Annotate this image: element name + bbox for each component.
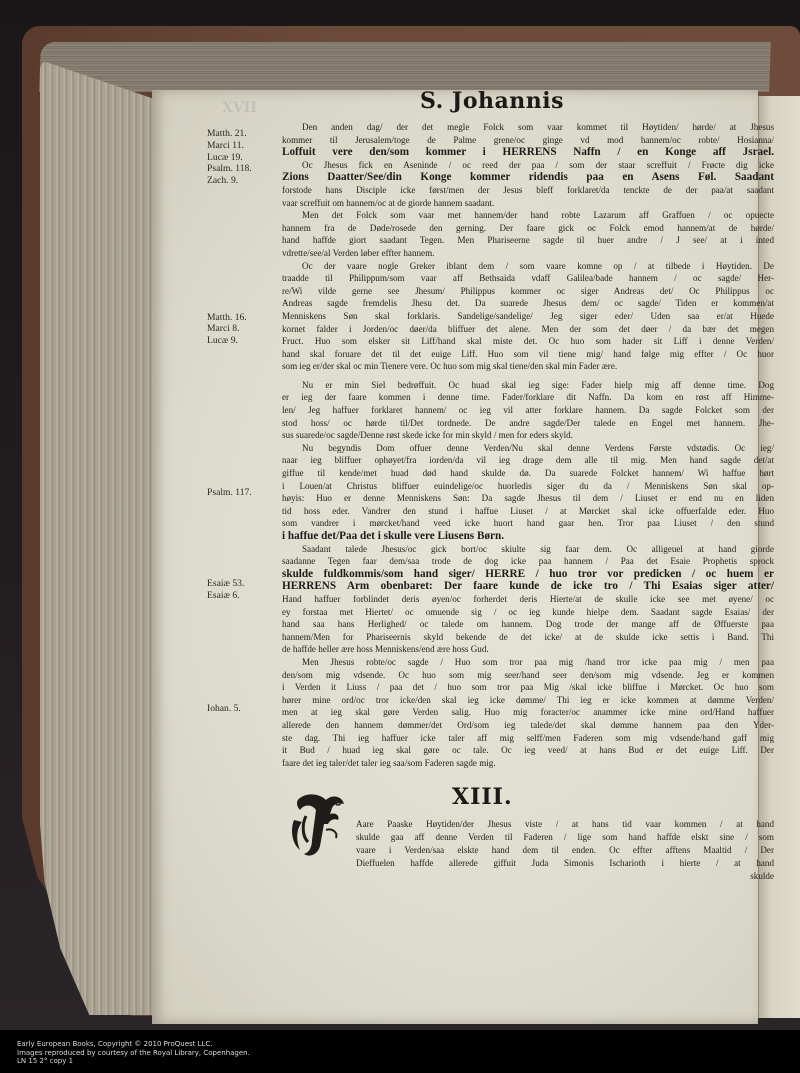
text-line: giffue til kende/met huad død hand skuld… [282, 467, 774, 480]
margin-note: Zach. 9. [207, 175, 238, 186]
text-line: hand saa hans Herlighed/ oc talede om ha… [282, 618, 774, 631]
chapter-line: skulde gaa aff denne Verden til Faderen … [356, 831, 774, 844]
text-line: sus suarede/oc sagde/Denne røst skede ic… [282, 429, 774, 442]
page-block-left-edge [40, 60, 152, 1015]
text-line: Loffuit vere den/som kommer i HERRENS Na… [282, 146, 774, 159]
credit-line: Images reproduced by courtesy of the Roy… [17, 1049, 250, 1058]
text-line: hannem fra de Døde/rosede den gerning. D… [282, 222, 774, 235]
text-line: Nu er min Siel bedrøffuit. Oc huad skal … [282, 379, 774, 392]
margin-note: Marci 11. [207, 140, 244, 151]
margin-note: Iohan. 5. [207, 703, 241, 714]
credit-line: LN 15 2° copy 1 [17, 1057, 250, 1066]
text-line: stod hoss/ oc hørde til/Det tordnede. De… [282, 417, 774, 430]
text-line: traadde til Philippum/som vaar aff Beths… [282, 272, 774, 285]
body-text: Den anden dag/ der det megle Folck som v… [282, 121, 774, 769]
text-line: Oc der vaare nogle Greker iblant dem / s… [282, 260, 774, 273]
text-line: vaar screffuit om hannem/oc at de giorde… [282, 197, 774, 210]
text-line: Oc Jhesus fick en Aseninde / oc reed der… [282, 159, 774, 172]
text-line: hand haffde giort saadant Tegen. Men Pha… [282, 234, 774, 247]
text-line: Den anden dag/ der det megle Folck som v… [282, 121, 774, 134]
text-line: Men det Folck som vaar met hannem/der ha… [282, 209, 774, 222]
margin-note: Marci 8. [207, 323, 240, 334]
text-line: tid hoss eder. Vandrer den stund i haffu… [282, 505, 774, 518]
text-line: it Bud / huad ieg skal gøre oc tale. Oc … [282, 744, 774, 757]
credits: Early European Books, Copyright © 2010 P… [17, 1040, 250, 1066]
text-line: de haffde heller ære hoss Menniskens/end… [282, 643, 774, 656]
text-line: Hand haffuer forblindet deris øyen/oc fo… [282, 593, 774, 606]
text-line: hører mine ord/oc tror icke/den skal ieg… [282, 694, 774, 707]
text-line: vdrette/see/al Verden løber effter hanne… [282, 247, 774, 260]
text-line: Men Jhesus robte/oc sagde / Huo som tror… [282, 656, 774, 669]
margin-note: Matth. 21. [207, 128, 247, 139]
credit-line: Early European Books, Copyright © 2010 P… [17, 1040, 250, 1049]
margin-note: Lucæ 19. [207, 152, 243, 163]
text-line: faare det ieg taler/det taler ieg saa/so… [282, 757, 774, 770]
chapter-text: Aare Paaske Høytiden/der Jhesus viste / … [356, 818, 774, 883]
text-line: Nu begyndis Dom offuer denne Verden/Nu s… [282, 442, 774, 455]
text-line: hand skal foruare det til det euige Liff… [282, 348, 774, 361]
text-line: hannem/Men for Phariseernis skyld bekend… [282, 631, 774, 644]
text-line: HERRENS Arm obenbaret: Der faare kunde d… [282, 580, 774, 593]
margin-note: Esaiæ 53. [207, 578, 244, 589]
text-line: som vandrer i mørcket/hand veed icke huo… [282, 517, 774, 530]
margin-note: Matth. 16. [207, 312, 247, 323]
text-line: er ieg der faare kommen i denne time. Fa… [282, 391, 774, 404]
text-line: høyis: Huo er denne Menniskens Søn: Da s… [282, 492, 774, 505]
text-line: Saadant talede Jhesus/oc gick bort/oc sk… [282, 543, 774, 556]
show-through-folio: XVII [222, 100, 257, 116]
chapter-number: XIII. [452, 784, 513, 810]
text-line: i Louen/at Christus bliffuer euindelige/… [282, 480, 774, 493]
margin-note: Lucæ 9. [207, 335, 238, 346]
text-line: i Verden it Liuss / paa det / huo som tr… [282, 681, 774, 694]
margin-note: Psalm. 117. [207, 487, 252, 498]
text-line: Zions Daatter/See/din Konge kommer riden… [282, 171, 774, 184]
text-line: Andreas sagde fremdelis Jhesu det. Da su… [282, 297, 774, 310]
text-line: ste dag. Thi ieg haffuer icke taler aff … [282, 732, 774, 745]
decorated-initial-icon [286, 790, 348, 860]
text-line: i haffue det/Paa det i skulle vere Liuse… [282, 530, 774, 543]
page-block-top-edge [39, 42, 771, 92]
text-line: naar ieg bliffuer ophøyet/fra iorden/da … [282, 454, 774, 467]
chapter-line: Dieffuelen haffde allerede giffuit Juda … [356, 857, 774, 870]
text-line: ey forstaa met Hiertet/ oc omuende sig /… [282, 606, 774, 619]
margin-note: Psalm. 118. [207, 163, 252, 174]
text-line: Fruct. Huo som elsker sit Liff/hand skal… [282, 335, 774, 348]
text-line: den/som mig vdsende. Oc huo som mig seer… [282, 669, 774, 682]
catchword: skulde [356, 870, 774, 883]
text-line: re/Wi vilde gerne see Jhesum/ Philippus … [282, 285, 774, 298]
text-line: som ieg er/der skal oc min Tienere vere.… [282, 360, 774, 373]
margin-note: Esaiæ 6. [207, 590, 240, 601]
text-line: kommer til Jerusalem/toge de Palme grene… [282, 134, 774, 147]
text-line: len/ Jeg haffuer forklaret hannem/ oc ie… [282, 404, 774, 417]
text-line: Menniskens Søn skal forklaris. Sandelige… [282, 310, 774, 323]
text-line: men at ieg skal gøre Verden salig. Huo m… [282, 706, 774, 719]
running-head: S. Johannis [420, 88, 620, 114]
text-line: allerede den hannem dømmer/det Ord/som i… [282, 719, 774, 732]
chapter-line: Aare Paaske Høytiden/der Jhesus viste / … [356, 818, 774, 831]
text-line: saadanne Tegen faar dem/saa trode de dog… [282, 555, 774, 568]
text-line: skulde fuldkommis/som hand siger/ HERRE … [282, 568, 774, 581]
text-line: forstode hans Disciple icke først/men de… [282, 184, 774, 197]
text-line: kornet falder i Jorden/oc døer/da bliffu… [282, 323, 774, 336]
chapter-line: vaare i Verden/saa elskte hand dem til e… [356, 844, 774, 857]
